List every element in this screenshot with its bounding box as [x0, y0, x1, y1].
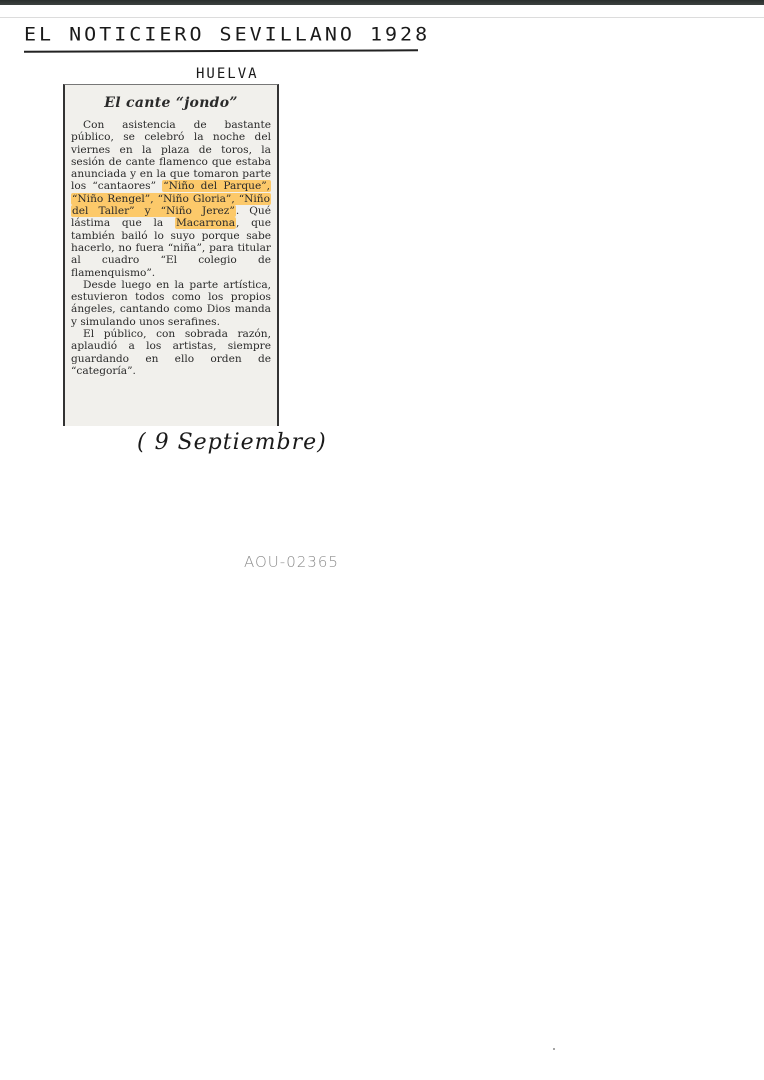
handwritten-newspaper-title: EL NOTICIERO SEVILLANO 1928: [24, 23, 430, 46]
archive-code: AOU-02365: [244, 553, 339, 571]
clipping-paragraph: Con asistencia de bastante público, se c…: [71, 119, 271, 279]
clipping-paragraph: Desde luego en la parte artística, estuv…: [71, 279, 271, 328]
clipping-body: Con asistencia de bastante público, se c…: [71, 119, 271, 377]
handwritten-date: ( 9 Septiembre): [137, 430, 327, 455]
clipping-headline: El cante “jondo”: [71, 95, 271, 111]
scan-edge-line: [0, 17, 764, 18]
body-text: El público, con sobrada razón, aplaudió …: [71, 328, 271, 377]
scan-edge-top: [0, 0, 764, 5]
newspaper-clipping: El cante “jondo” Con asistencia de basta…: [63, 84, 279, 426]
handwritten-place: HUELVA: [196, 66, 259, 82]
scan-speck: [553, 1048, 555, 1050]
clipping-paragraph: El público, con sobrada razón, aplaudió …: [71, 328, 271, 377]
body-text: Desde luego en la parte artística, estuv…: [71, 279, 271, 328]
title-underline: [24, 49, 418, 52]
highlighted-text: Macarrona: [175, 217, 236, 229]
